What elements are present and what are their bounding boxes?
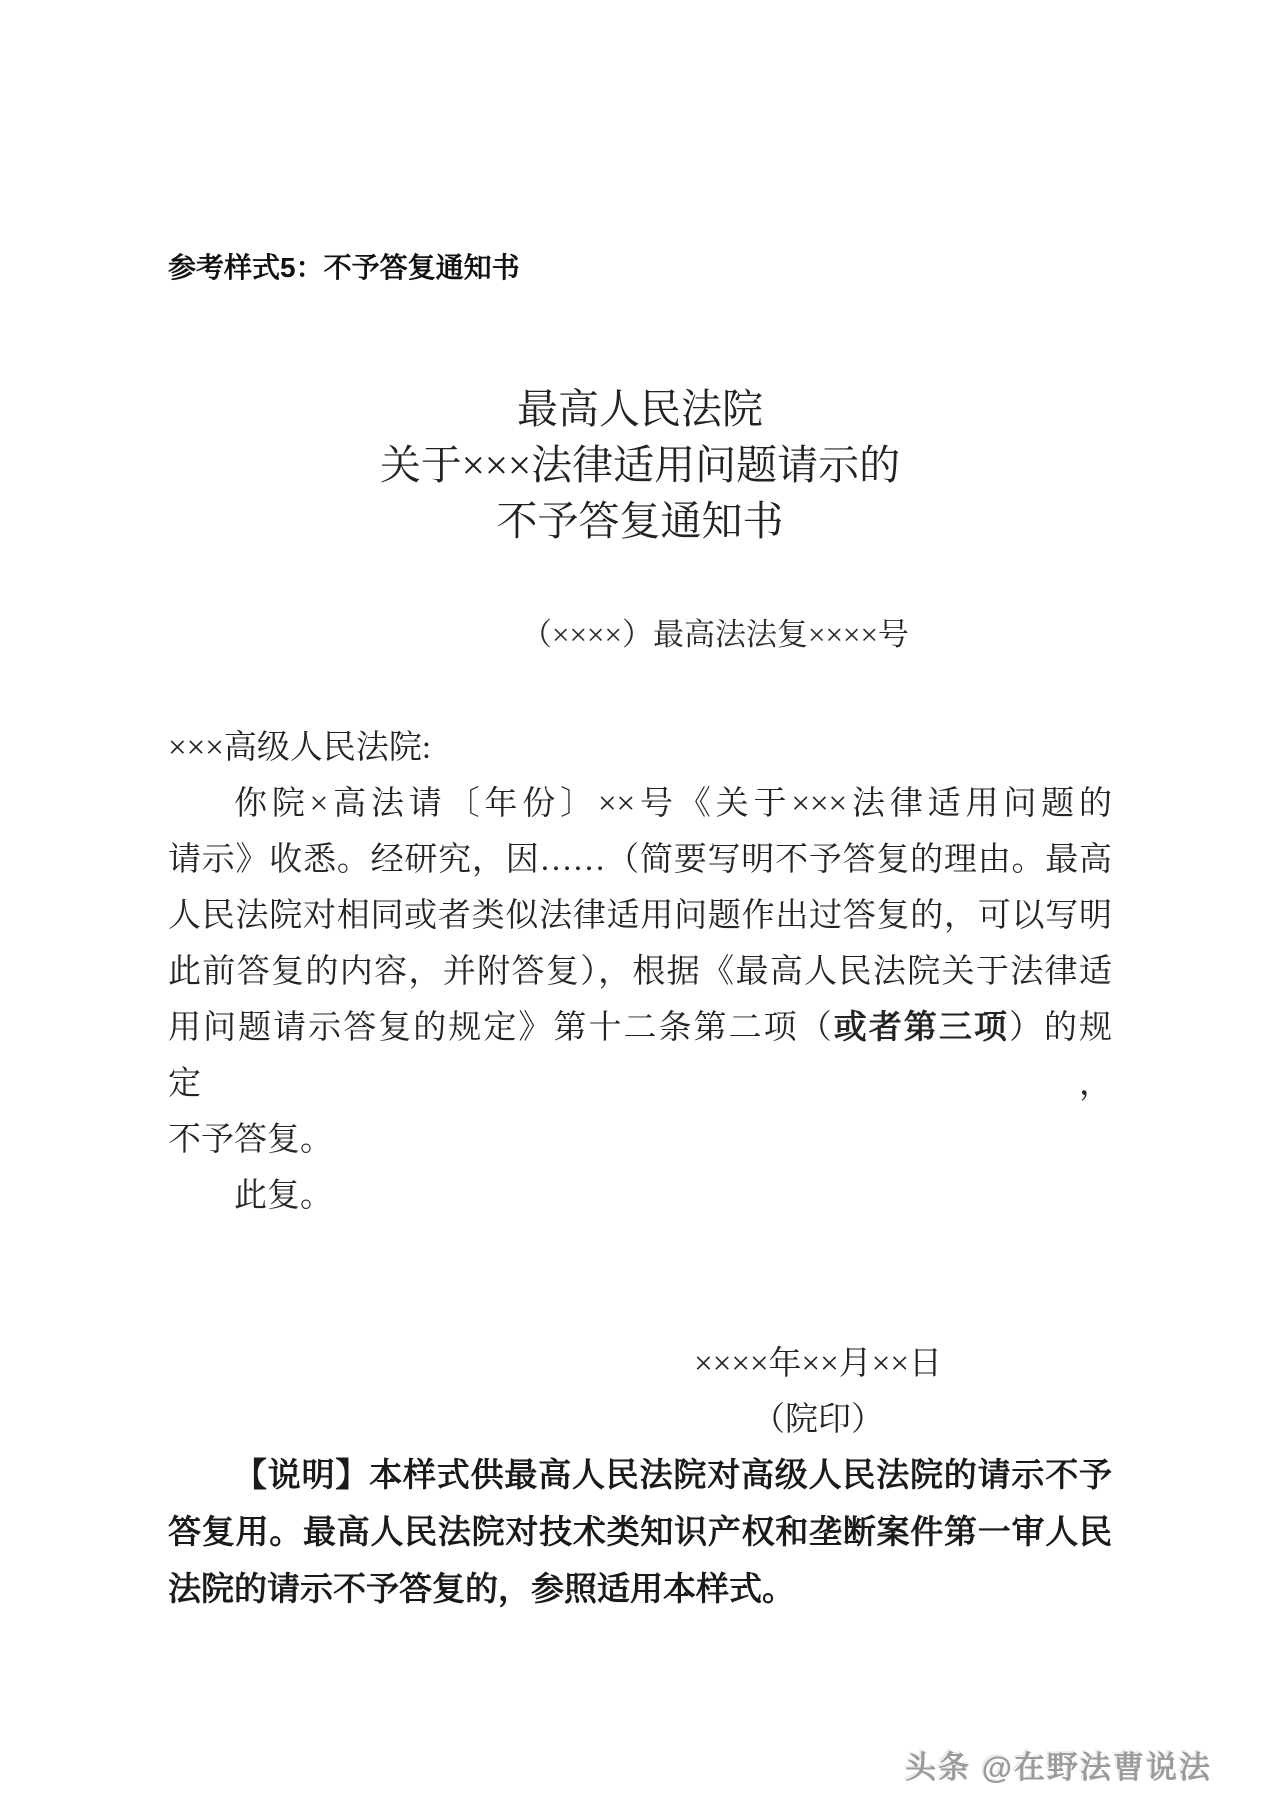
explanation-note: 【说明】本样式供最高人民法院对高级人民法院的请示不予 答复用。最高人民法院对技术…	[168, 1448, 1112, 1619]
body-line: 人民法院对相同或者类似法律适用问题作出过答复的，可以写明	[168, 888, 1112, 944]
title-line-subject: 关于×××法律适用问题请示的	[168, 437, 1112, 493]
note-line: 答复用。最高人民法院对技术类知识产权和垄断案件第一审人民	[168, 1505, 1112, 1562]
body-line: 用问题请示答复的规定》第十二条第二项（或者第三项）的规定，	[168, 1000, 1112, 1112]
body-line: 你院×高法请〔年份〕××号《关于×××法律适用问题的	[168, 776, 1112, 832]
body-line: 此前答复的内容，并附答复），根据《最高人民法院关于法律适	[168, 944, 1112, 1000]
closing-line: 此复。	[168, 1168, 1112, 1224]
title-line-notice-type: 不予答复通知书	[168, 493, 1112, 549]
document-page: 参考样式5：不予答复通知书 最高人民法院 关于×××法律适用问题请示的 不予答复…	[0, 0, 1280, 1619]
watermark-credit: 头条 @在野法曹说法	[905, 1742, 1212, 1787]
date-line: ××××年××月××日	[694, 1336, 942, 1392]
section-label: 参考样式5：不予答复通知书	[168, 248, 1112, 288]
document-title: 最高人民法院 关于×××法律适用问题请示的 不予答复通知书	[168, 381, 1112, 549]
title-line-court: 最高人民法院	[168, 381, 1112, 437]
note-line: 法院的请示不予答复的，参照适用本样式。	[168, 1562, 1112, 1619]
salutation: ×××高级人民法院:	[168, 720, 1112, 776]
signature-block: ××××年××月××日 （院印）	[694, 1336, 942, 1448]
note-line: 【说明】本样式供最高人民法院对高级人民法院的请示不予	[168, 1448, 1112, 1505]
body-line-5-pre: 用问题请示答复的规定》第十二条第二项（	[168, 1010, 834, 1046]
body-line-5-bold: 或者第三项	[834, 1010, 1009, 1046]
body-line: 请示》收悉。经研究，因……（简要写明不予答复的理由。最高	[168, 832, 1112, 888]
document-number: （××××）最高法法复××××号	[168, 615, 1112, 655]
document-body: ×××高级人民法院: 你院×高法请〔年份〕××号《关于×××法律适用问题的 请示…	[168, 720, 1112, 1224]
seal-placeholder: （院印）	[694, 1392, 942, 1448]
body-last-line: 不予答复。	[168, 1112, 1112, 1168]
